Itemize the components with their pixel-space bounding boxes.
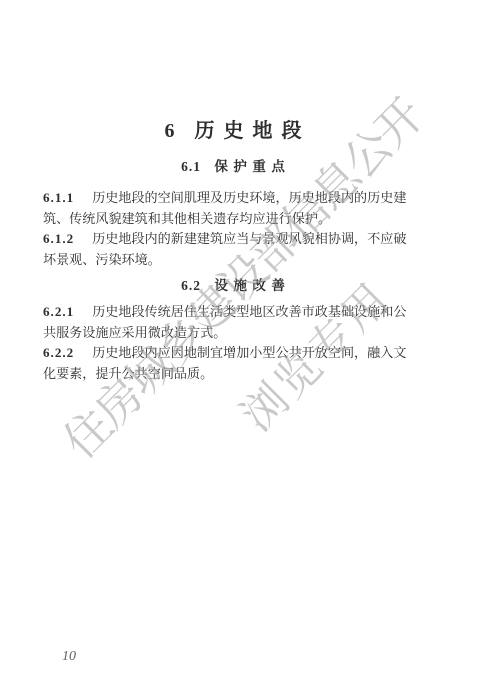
clause-block-6-1: 6.1.1历史地段的空间肌理及历史环境，历史地段内的历史建 筑、传统风貌建筑和其… bbox=[43, 188, 421, 271]
clause-number: 6.1.2 bbox=[43, 231, 74, 246]
clause-line: 化要素，提升公共空间品质。 bbox=[43, 364, 421, 385]
section-title-text: 保护重点 bbox=[214, 159, 290, 174]
chapter-number: 6 bbox=[165, 120, 175, 142]
clause-text: 历史地段传统居住生活类型地区改善市政基础设施和公 bbox=[92, 304, 406, 319]
clause-block-6-2: 6.2.1历史地段传统居住生活类型地区改善市政基础设施和公 共服务设施应采用微改… bbox=[43, 302, 421, 385]
document-page: 住房城乡建设部信息公开 浏览专用 6 历史地段 6.1 保护重点 6.1.1历史… bbox=[0, 0, 483, 700]
clause-text: 历史地段内应因地制宜增加小型公共开放空间，融入文 bbox=[92, 345, 406, 360]
clause-number: 6.2.2 bbox=[43, 345, 74, 360]
clause-line: 6.1.2历史地段内的新建建筑应当与景观风貌相协调，不应破 bbox=[43, 229, 421, 250]
section-heading-6-1: 6.1 保护重点 bbox=[43, 160, 423, 174]
section-title-text: 设施改善 bbox=[214, 278, 290, 293]
clause-text: 历史地段的空间肌理及历史环境，历史地段内的历史建 bbox=[92, 190, 406, 205]
clause-number: 6.1.1 bbox=[43, 190, 74, 205]
clause-text: 历史地段内的新建建筑应当与景观风貌相协调，不应破 bbox=[92, 231, 406, 246]
chapter-title-text: 历史地段 bbox=[195, 120, 311, 142]
clause-line: 共服务设施应采用微改造方式。 bbox=[43, 323, 421, 344]
chapter-title: 6 历史地段 bbox=[43, 121, 423, 141]
section-number: 6.1 bbox=[181, 159, 201, 174]
clause-line: 6.1.1历史地段的空间肌理及历史环境，历史地段内的历史建 bbox=[43, 188, 421, 209]
section-number: 6.2 bbox=[181, 278, 201, 293]
clause-number: 6.2.1 bbox=[43, 304, 74, 319]
page-number: 10 bbox=[62, 649, 76, 665]
clause-line: 坏景观、污染环境。 bbox=[43, 250, 421, 271]
section-heading-6-2: 6.2 设施改善 bbox=[43, 279, 423, 293]
clause-line: 筑、传统风貌建筑和其他相关遗存均应进行保护。 bbox=[43, 209, 421, 230]
clause-line: 6.2.1历史地段传统居住生活类型地区改善市政基础设施和公 bbox=[43, 302, 421, 323]
clause-line: 6.2.2历史地段内应因地制宜增加小型公共开放空间，融入文 bbox=[43, 343, 421, 364]
